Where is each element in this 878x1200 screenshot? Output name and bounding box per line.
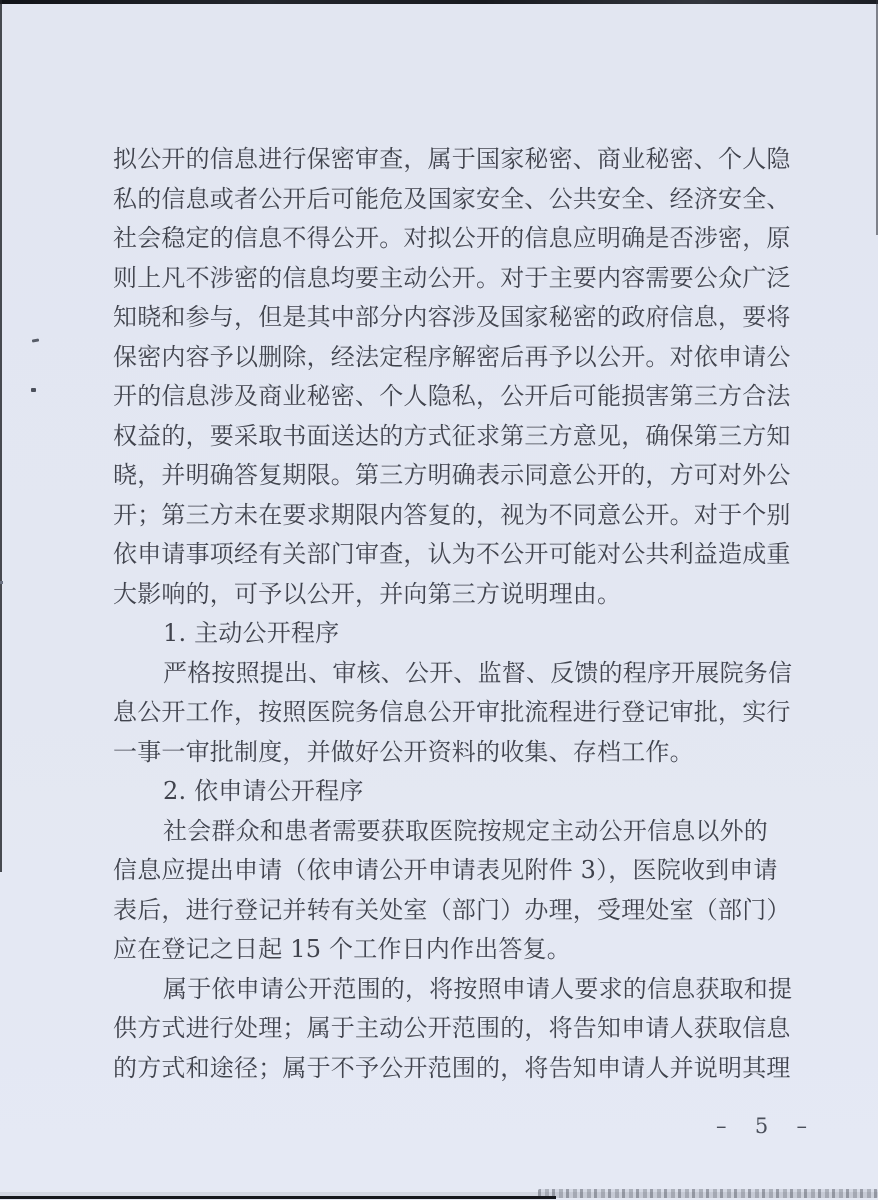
scan-edge-bottom-grain (538, 1189, 878, 1198)
text-line: 属于依申请公开范围的，将按照申请人要求的信息获取和提 (113, 970, 793, 1010)
text-line: 应在登记之日起 15 个工作日内作出答复。 (113, 930, 793, 970)
text-line: 开；第三方未在要求期限内答复的，视为不同意公开。对于个别 (113, 496, 793, 536)
text-line: 大影响的，可予以公开，并向第三方说明理由。 (113, 575, 793, 615)
text-line: 则上凡不涉密的信息均要主动公开。对于主要内容需要公众广泛 (113, 259, 793, 299)
text-line: 严格按照提出、审核、公开、监督、反馈的程序开展院务信 (113, 654, 793, 694)
text-line: 的方式和途径；属于不予公开范围的，将告知申请人并说明其理 (113, 1049, 793, 1089)
document-body: 拟公开的信息进行保密审查，属于国家秘密、商业秘密、个人隐私的信息或者公开后可能危… (113, 140, 793, 1088)
text-line: 晓，并明确答复期限。第三方明确表示同意公开的，方可对外公 (113, 456, 793, 496)
scan-edge-bottom (0, 1196, 556, 1199)
text-line: 依申请事项经有关部门审查，认为不公开可能对公共利益造成重 (113, 535, 793, 575)
text-line: 开的信息涉及商业秘密、个人隐私，公开后可能损害第三方合法 (113, 377, 793, 417)
scan-edge-left (0, 0, 2, 872)
text-line: 权益的，要采取书面送达的方式征求第三方意见，确保第三方知 (113, 417, 793, 457)
text-line: 拟公开的信息进行保密审查，属于国家秘密、商业秘密、个人隐 (113, 140, 793, 180)
text-line: 1. 主动公开程序 (113, 614, 793, 654)
text-line: 息公开工作，按照医院务信息公开审批流程进行登记审批，实行 (113, 693, 793, 733)
text-line: 保密内容予以删除，经法定程序解密后再予以公开。对依申请公 (113, 338, 793, 378)
text-line: 供方式进行处理；属于主动公开范围的，将告知申请人获取信息 (113, 1009, 793, 1049)
text-line: 表后，进行登记并转有关处室（部门）办理，受理处室（部门） (113, 891, 793, 931)
text-line: 2. 依申请公开程序 (113, 772, 793, 812)
text-line: 社会稳定的信息不得公开。对拟公开的信息应明确是否涉密，原 (113, 219, 793, 259)
text-line: 私的信息或者公开后可能危及国家安全、公共安全、经济安全、 (113, 180, 793, 220)
scan-speck (0, 581, 3, 584)
text-line: 一事一审批制度，并做好公开资料的收集、存档工作。 (113, 733, 793, 773)
document-page: 拟公开的信息进行保密审查，属于国家秘密、商业秘密、个人隐私的信息或者公开后可能危… (0, 0, 878, 1200)
scan-speck (31, 388, 36, 392)
text-line: 信息应提出申请（依申请公开申请表见附件 3），医院收到申请 (113, 851, 793, 891)
scan-edge-top (0, 0, 878, 4)
text-line: 知晓和参与，但是其中部分内容涉及国家秘密的政府信息，要将 (113, 298, 793, 338)
text-line: 社会群众和患者需要获取医院按规定主动公开信息以外的 (113, 812, 793, 852)
page-number: – 5 – (716, 1114, 812, 1138)
scan-speck (32, 338, 39, 342)
